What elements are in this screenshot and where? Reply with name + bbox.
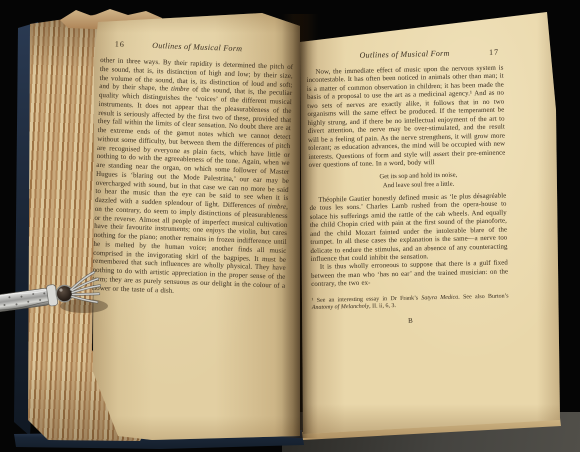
- verse-quotation: Get its sop and hold its noise, And leav…: [331, 171, 506, 191]
- left-page-number: 16: [115, 40, 125, 49]
- right-page-number: 17: [489, 48, 499, 57]
- right-running-header-title: Outlines of Musical Form: [359, 49, 449, 60]
- left-page-text-block: 16 Outlines of Musical Form other in thr…: [92, 39, 294, 299]
- footnote-part: . See also Burton’s: [458, 293, 508, 300]
- footnote-book-title: Satyra Medica: [421, 294, 458, 301]
- footnote-part: , II. ii, 6, 3.: [369, 303, 396, 310]
- bookmark-knob: [55, 284, 74, 303]
- right-page-paragraph-2: Théophile Gautier honestly defined music…: [309, 192, 507, 264]
- left-body-part: of the sound, that is, the peculiar qual…: [95, 86, 292, 211]
- footnote-part: ¹ See an interesting essay in Dr Frank’s: [312, 295, 422, 303]
- left-body-italic: timbre: [268, 202, 287, 211]
- right-page-paragraph-3: It is thus wholly erroneous to suppose t…: [311, 260, 509, 290]
- left-body-part: , on the contrary, do seem to imply dist…: [92, 203, 288, 294]
- left-page-paragraph: other in three ways. By their rapidity i…: [92, 56, 294, 299]
- footnote-book-title: Anatomy of Melancholy: [312, 304, 369, 311]
- right-page-text-block: Outlines of Musical Form 17 Now, the imm…: [306, 48, 509, 327]
- left-running-header-title: Outlines of Musical Form: [152, 41, 242, 53]
- book-photo-scene: 16 Outlines of Musical Form other in thr…: [0, 0, 580, 452]
- left-body-italic: timbre: [171, 85, 190, 94]
- silver-bookmark-clip: [0, 262, 110, 326]
- right-page-paragraph-1: Now, the immediate effect of music upon …: [306, 65, 505, 171]
- footnote: ¹ See an interesting essay in Dr Frank’s…: [312, 293, 509, 312]
